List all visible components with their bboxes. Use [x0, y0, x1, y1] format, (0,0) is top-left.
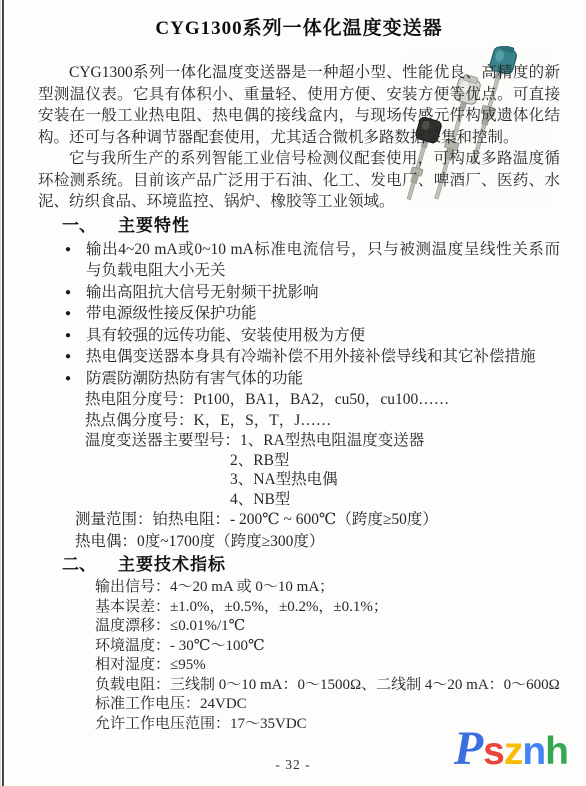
intro-paragraph-2: 它与我所生产的系列智能工业信号检测仪配套使用，可构成多路温度循环检测系统。目前该… — [38, 148, 560, 213]
spec-basic-error: 基本误差：±1.0%，±0.5%，±0.2%，±0.1%； — [95, 598, 560, 618]
scan-edge — [2, 0, 4, 786]
intro-section: CYG1300系列一体化温度变送器是一种超小型、性能优良、高精度的新型测温仪表。… — [38, 62, 560, 213]
section-label: 主要技术指标 — [118, 553, 226, 577]
feature-item: 热电偶变送器本身具有冷端补偿不用外接补偿导线和其它补偿措施 — [65, 346, 560, 368]
feature-item: 输出高阻抗大信号无射频干扰影响 — [65, 282, 560, 304]
intro-paragraph-1: CYG1300系列一体化温度变送器是一种超小型、性能优良、高精度的新型测温仪表。… — [38, 62, 560, 148]
models-label: 温度变送器主要型号： — [85, 432, 240, 449]
spec-ambient-temp: 环境温度：- 30℃～100℃ — [95, 637, 560, 657]
spec-standard-voltage: 标准工作电压：24VDC — [95, 695, 560, 715]
model-item: 1、RA型热电阻温度变送器 — [240, 432, 424, 449]
watermark-letter: z — [504, 730, 523, 773]
watermark-letter: h — [545, 730, 568, 773]
spec-load-resistance: 负载电阻：三线制 0～10 mA：0～1500Ω、二线制 4～20 mA：0～6… — [95, 676, 560, 696]
section-number: 一、 — [62, 214, 96, 238]
scan-edge-soft — [0, 0, 1, 786]
model-item: 3、NA型热电偶 — [230, 470, 560, 490]
tc-graduation-line: 热点偶分度号：K，E，S，T，J…… — [85, 410, 560, 431]
section-heading-features: 一、主要特性 — [62, 214, 560, 238]
feature-item: 防震防潮防热防有害气体的功能 — [65, 368, 560, 390]
measure-range-line-2: 热电偶：0度~1700度（跨度≥300度） — [75, 531, 560, 553]
feature-item: 具有较强的远传功能、安装使用极为方便 — [65, 325, 560, 347]
model-item: 2、RB型 — [230, 451, 560, 471]
models-line-1: 温度变送器主要型号：1、RA型热电阻温度变送器 — [85, 431, 560, 451]
feature-list: 输出4~20 mA或0~10 mA标准电流信号，只与被测温度呈线性关系而与负载电… — [65, 239, 560, 390]
section-number: 二、 — [62, 553, 96, 577]
section-heading-specs: 二、主要技术指标 — [62, 553, 560, 577]
watermark-logo: Psznh — [454, 725, 568, 784]
spec-temp-drift: 温度漂移：≤0.01%/1℃ — [95, 617, 560, 637]
spec-humidity: 相对湿度：≤95% — [95, 656, 560, 676]
model-item: 4、NB型 — [230, 490, 560, 510]
page-body: CYG1300系列一体化温度变送器 CYG1300系列一体化温度变送器是一种超小… — [38, 0, 560, 734]
feature-item: 带电源级性接反保护功能 — [65, 303, 560, 325]
rtd-graduation-line: 热电阻分度号：Pt100，BA1，BA2，cu50，cu100…… — [85, 389, 560, 410]
watermark-letter: n — [522, 730, 545, 773]
watermark-letter: s — [483, 730, 504, 773]
spec-output-signal: 输出信号：4～20 mA 或 0～10 mA； — [95, 578, 560, 598]
watermark-letter: P — [454, 722, 483, 775]
page-title: CYG1300系列一体化温度变送器 — [38, 16, 560, 42]
section-label: 主要特性 — [118, 214, 190, 238]
feature-item: 输出4~20 mA或0~10 mA标准电流信号，只与被测温度呈线性关系而与负载电… — [65, 239, 560, 282]
measure-range-line-1: 测量范围：铂热电阻：- 200℃ ~ 600℃（跨度≥50度） — [75, 509, 560, 531]
